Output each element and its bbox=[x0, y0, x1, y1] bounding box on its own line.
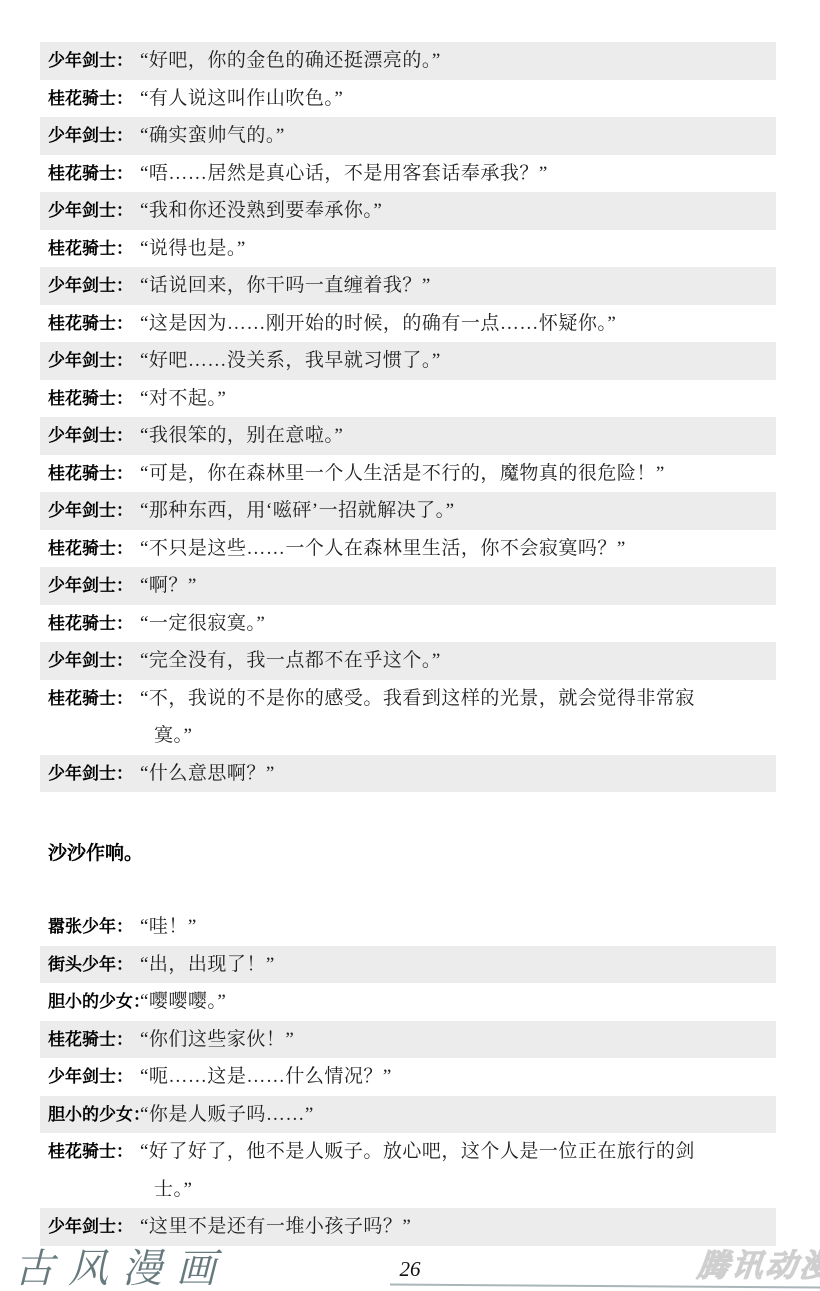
dialogue-text: “啊？” bbox=[140, 567, 776, 605]
dialogue-text-line: “嘤嘤嘤。” bbox=[140, 983, 776, 1021]
dialogue-text-line: “不，我说的不是你的感受。我看到这样的光景，就会觉得非常寂 bbox=[140, 680, 776, 718]
speaker-name: 少年剑士： bbox=[48, 192, 140, 230]
dialogue-list: 少年剑士：“好吧，你的金色的确还挺漂亮的。”桂花骑士：“有人说这叫作山吹色。”少… bbox=[40, 42, 776, 1246]
speaker-name: 桂花骑士： bbox=[48, 80, 140, 118]
dialogue-text-line: “唔……居然是真心话，不是用客套话奉承我？” bbox=[140, 155, 776, 193]
dialogue-row: 街头少年：“出，出现了！” bbox=[40, 946, 776, 984]
speaker-name: 嚣张少年： bbox=[48, 908, 140, 946]
dialogue-row: 桂花骑士：“不，我说的不是你的感受。我看到这样的光景，就会觉得非常寂寞。” bbox=[40, 680, 776, 755]
dialogue-text-line: “你是人贩子吗……” bbox=[140, 1096, 776, 1134]
dialogue-text: “好吧，你的金色的确还挺漂亮的。” bbox=[140, 42, 776, 80]
dialogue-text-line: “这里不是还有一堆小孩子吗？” bbox=[140, 1208, 776, 1246]
dialogue-text: “可是，你在森林里一个人生活是不行的，魔物真的很危险！” bbox=[140, 455, 776, 493]
dialogue-row: 少年剑士：“完全没有，我一点都不在乎这个。” bbox=[40, 642, 776, 680]
speaker-name: 少年剑士： bbox=[48, 755, 140, 793]
dialogue-text-line: 士。” bbox=[154, 1171, 776, 1209]
dialogue-text-line: “可是，你在森林里一个人生活是不行的，魔物真的很危险！” bbox=[140, 455, 776, 493]
dialogue-text: “出，出现了！” bbox=[140, 946, 776, 984]
dialogue-row: 少年剑士：“话说回来，你干吗一直缠着我？” bbox=[40, 267, 776, 305]
dialogue-text: “不，我说的不是你的感受。我看到这样的光景，就会觉得非常寂寞。” bbox=[140, 680, 776, 755]
dialogue-text: “一定很寂寞。” bbox=[140, 605, 776, 643]
speaker-name: 少年剑士： bbox=[48, 267, 140, 305]
dialogue-text: “你们这些家伙！” bbox=[140, 1021, 776, 1059]
narration-line: 沙沙作响。 bbox=[40, 844, 776, 864]
speaker-name: 少年剑士： bbox=[48, 117, 140, 155]
dialogue-text: “好吧……没关系，我早就习惯了。” bbox=[140, 342, 776, 380]
speaker-name: 桂花骑士： bbox=[48, 305, 140, 343]
speaker-name: 街头少年： bbox=[48, 946, 140, 984]
dialogue-row: 桂花骑士：“说得也是。” bbox=[40, 230, 776, 268]
dialogue-row: 少年剑士：“那种东西，用‘嗞砰’一招就解决了。” bbox=[40, 492, 776, 530]
dialogue-row: 少年剑士：“什么意思啊？” bbox=[40, 755, 776, 793]
speaker-name: 桂花骑士： bbox=[48, 605, 140, 643]
speaker-name: 桂花骑士： bbox=[48, 1133, 140, 1171]
watermark-logo: 腾讯动漫 bbox=[696, 1240, 820, 1285]
dialogue-text: “我和你还没熟到要奉承你。” bbox=[140, 192, 776, 230]
dialogue-text: “这是因为……刚开始的时候，的确有一点……怀疑你。” bbox=[140, 305, 776, 343]
dialogue-text: “完全没有，我一点都不在乎这个。” bbox=[140, 642, 776, 680]
dialogue-row: 少年剑士：“好吧，你的金色的确还挺漂亮的。” bbox=[40, 42, 776, 80]
speaker-name: 少年剑士： bbox=[48, 567, 140, 605]
dialogue-row: 胆小的少女：“你是人贩子吗……” bbox=[40, 1096, 776, 1134]
dialogue-text-line: “我很笨的，别在意啦。” bbox=[140, 417, 776, 455]
dialogue-row: 桂花骑士：“可是，你在森林里一个人生活是不行的，魔物真的很危险！” bbox=[40, 455, 776, 493]
dialogue-row: 桂花骑士：“唔……居然是真心话，不是用客套话奉承我？” bbox=[40, 155, 776, 193]
speaker-name: 桂花骑士： bbox=[48, 680, 140, 718]
dialogue-text-line: “出，出现了！” bbox=[140, 946, 776, 984]
dialogue-text-line: “好了好了，他不是人贩子。放心吧，这个人是一位正在旅行的剑 bbox=[140, 1133, 776, 1171]
speaker-name: 胆小的少女： bbox=[48, 1096, 140, 1134]
dialogue-text-line: “有人说这叫作山吹色。” bbox=[140, 80, 776, 118]
dialogue-text-line: “确实蛮帅气的。” bbox=[140, 117, 776, 155]
speaker-name: 少年剑士： bbox=[48, 492, 140, 530]
dialogue-text: “对不起。” bbox=[140, 380, 776, 418]
speaker-name: 桂花骑士： bbox=[48, 155, 140, 193]
dialogue-text-line: “什么意思啊？” bbox=[140, 755, 776, 793]
speaker-name: 桂花骑士： bbox=[48, 1021, 140, 1059]
dialogue-row: 少年剑士：“呃……这是……什么情况？” bbox=[40, 1058, 776, 1096]
speaker-name: 少年剑士： bbox=[48, 417, 140, 455]
dialogue-text-line: “对不起。” bbox=[140, 380, 776, 418]
dialogue-row: 嚣张少年：“哇！” bbox=[40, 908, 776, 946]
dialogue-text: “哇！” bbox=[140, 908, 776, 946]
speaker-name: 桂花骑士： bbox=[48, 230, 140, 268]
dialogue-row: 少年剑士：“好吧……没关系，我早就习惯了。” bbox=[40, 342, 776, 380]
dialogue-text: “这里不是还有一堆小孩子吗？” bbox=[140, 1208, 776, 1246]
speaker-name: 桂花骑士： bbox=[48, 530, 140, 568]
speaker-name: 桂花骑士： bbox=[48, 380, 140, 418]
dialogue-text-line: “一定很寂寞。” bbox=[140, 605, 776, 643]
dialogue-text-line: “啊？” bbox=[140, 567, 776, 605]
dialogue-text: “不只是这些……一个人在森林里生活，你不会寂寞吗？” bbox=[140, 530, 776, 568]
dialogue-row: 少年剑士：“确实蛮帅气的。” bbox=[40, 117, 776, 155]
dialogue-text-line: “话说回来，你干吗一直缠着我？” bbox=[140, 267, 776, 305]
dialogue-row: 少年剑士：“这里不是还有一堆小孩子吗？” bbox=[40, 1208, 776, 1246]
dialogue-text: “什么意思啊？” bbox=[140, 755, 776, 793]
dialogue-text: “好了好了，他不是人贩子。放心吧，这个人是一位正在旅行的剑士。” bbox=[140, 1133, 776, 1208]
dialogue-text: “说得也是。” bbox=[140, 230, 776, 268]
dialogue-text-line: “这是因为……刚开始的时候，的确有一点……怀疑你。” bbox=[140, 305, 776, 343]
dialogue-row: 桂花骑士：“不只是这些……一个人在森林里生活，你不会寂寞吗？” bbox=[40, 530, 776, 568]
dialogue-text: “确实蛮帅气的。” bbox=[140, 117, 776, 155]
dialogue-text-line: “我和你还没熟到要奉承你。” bbox=[140, 192, 776, 230]
dialogue-row: 少年剑士：“我和你还没熟到要奉承你。” bbox=[40, 192, 776, 230]
dialogue-row: 桂花骑士：“你们这些家伙！” bbox=[40, 1021, 776, 1059]
dialogue-text-line: “呃……这是……什么情况？” bbox=[140, 1058, 776, 1096]
speaker-name: 少年剑士： bbox=[48, 342, 140, 380]
dialogue-text: “嘤嘤嘤。” bbox=[140, 983, 776, 1021]
dialogue-text: “话说回来，你干吗一直缠着我？” bbox=[140, 267, 776, 305]
dialogue-text-line: “好吧……没关系，我早就习惯了。” bbox=[140, 342, 776, 380]
dialogue-row: 桂花骑士：“好了好了，他不是人贩子。放心吧，这个人是一位正在旅行的剑士。” bbox=[40, 1133, 776, 1208]
dialogue-row: 桂花骑士：“对不起。” bbox=[40, 380, 776, 418]
dialogue-text-line: “完全没有，我一点都不在乎这个。” bbox=[140, 642, 776, 680]
dialogue-text-line: “说得也是。” bbox=[140, 230, 776, 268]
dialogue-text: “呃……这是……什么情况？” bbox=[140, 1058, 776, 1096]
dialogue-row: 桂花骑士：“有人说这叫作山吹色。” bbox=[40, 80, 776, 118]
dialogue-text-line: “好吧，你的金色的确还挺漂亮的。” bbox=[140, 42, 776, 80]
speaker-name: 少年剑士： bbox=[48, 642, 140, 680]
dialogue-text-line: “那种东西，用‘嗞砰’一招就解决了。” bbox=[140, 492, 776, 530]
dialogue-row: 桂花骑士：“这是因为……刚开始的时候，的确有一点……怀疑你。” bbox=[40, 305, 776, 343]
dialogue-text-line: “你们这些家伙！” bbox=[140, 1021, 776, 1059]
dialogue-text: “你是人贩子吗……” bbox=[140, 1096, 776, 1134]
dialogue-row: 少年剑士：“啊？” bbox=[40, 567, 776, 605]
dialogue-row: 胆小的少女：“嘤嘤嘤。” bbox=[40, 983, 776, 1021]
dialogue-text: “有人说这叫作山吹色。” bbox=[140, 80, 776, 118]
dialogue-text-line: 寞。” bbox=[154, 717, 776, 755]
dialogue-row: 桂花骑士：“一定很寂寞。” bbox=[40, 605, 776, 643]
speaker-name: 少年剑士： bbox=[48, 1208, 140, 1246]
speaker-name: 少年剑士： bbox=[48, 42, 140, 80]
dialogue-text: “我很笨的，别在意啦。” bbox=[140, 417, 776, 455]
speaker-name: 胆小的少女： bbox=[48, 983, 140, 1021]
dialogue-text-line: “不只是这些……一个人在森林里生活，你不会寂寞吗？” bbox=[140, 530, 776, 568]
dialogue-text: “那种东西，用‘嗞砰’一招就解决了。” bbox=[140, 492, 776, 530]
dialogue-row: 少年剑士：“我很笨的，别在意啦。” bbox=[40, 417, 776, 455]
dialogue-text-line: “哇！” bbox=[140, 908, 776, 946]
speaker-name: 少年剑士： bbox=[48, 1058, 140, 1096]
speaker-name: 桂花骑士： bbox=[48, 455, 140, 493]
dialogue-text: “唔……居然是真心话，不是用客套话奉承我？” bbox=[140, 155, 776, 193]
